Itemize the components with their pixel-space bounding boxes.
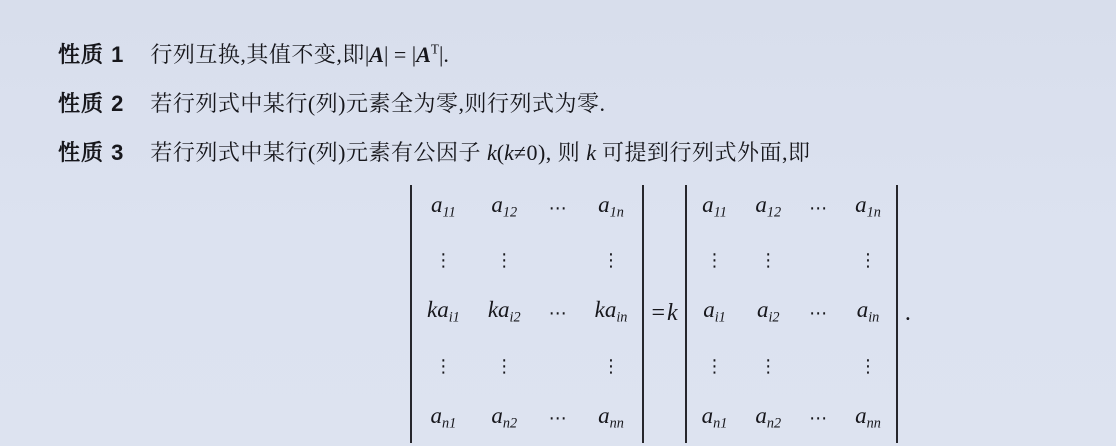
- property-3-text-run-3: 可提到行列式外面,即: [596, 140, 811, 165]
- entry-sub: i2: [768, 310, 779, 326]
- det-cell: a1n: [855, 192, 881, 225]
- property-3-text: 若行列式中某行(列)元素有公因子 k(k≠0), 则 k 可提到行列式外面,即: [150, 136, 810, 167]
- property-1-formula: |A| = |AT|.: [365, 42, 449, 67]
- entry-sub: 1n: [610, 204, 624, 220]
- property-1: 性质 1 行列互换,其值不变,即|A| = |AT|.: [58, 38, 1116, 66]
- entry-sub: i2: [510, 310, 521, 326]
- vdots-icon: ⋮: [602, 248, 620, 274]
- entry-var: a: [702, 192, 714, 217]
- entry-sub: in: [616, 310, 627, 326]
- entry-sub: n1: [442, 415, 456, 431]
- property-1-text: 行列互换,其值不变,即|A| = |AT|.: [150, 38, 448, 69]
- abs-close-period: |.: [439, 42, 449, 67]
- det-cell: kain: [595, 297, 628, 330]
- entry-sub: nn: [610, 415, 624, 431]
- entry-var: a: [703, 297, 715, 322]
- entry-var: a: [857, 297, 869, 322]
- hdots-icon: ⋯: [549, 406, 567, 432]
- entry-sub: 11: [443, 204, 456, 220]
- det-cell: an2: [755, 403, 781, 436]
- det-cell: a12: [755, 192, 781, 225]
- property-3-paren-open: (: [497, 140, 504, 165]
- entry-sub: i1: [715, 310, 726, 326]
- matrix-A-symbol: A: [369, 42, 384, 67]
- det-cell: an1: [702, 403, 728, 436]
- property-3: 性质 3 若行列式中某行(列)元素有公因子 k(k≠0), 则 k 可提到行列式…: [58, 136, 1116, 164]
- entry-sub: 12: [503, 204, 517, 220]
- entry-var: a: [431, 192, 443, 217]
- vdots-icon: ⋮: [859, 354, 877, 380]
- vdots-icon: ⋮: [759, 354, 777, 380]
- equals-k-group: =k: [651, 300, 677, 327]
- entry-var: a: [598, 403, 610, 428]
- entry-var: a: [491, 192, 503, 217]
- det-cell: a11: [431, 192, 456, 225]
- vdots-icon: ⋮: [859, 248, 877, 274]
- vdots-icon: ⋮: [706, 248, 724, 274]
- entry-var: a: [491, 403, 503, 428]
- entry-var: a: [702, 403, 714, 428]
- property-1-text-run: 行列互换,其值不变,即: [150, 42, 365, 67]
- entry-sub: n2: [767, 415, 781, 431]
- entry-var: a: [855, 403, 867, 428]
- determinant-right: a11 a12 ⋯ a1n ⋮ ⋮ ⋮ ai1 ai2 ⋯ ain ⋮ ⋮ ⋮ …: [685, 185, 898, 443]
- factor-k-symbol: k: [667, 300, 678, 326]
- factor-k-symbol: k: [487, 140, 497, 165]
- det-cell: a1n: [598, 192, 624, 225]
- entry-var: a: [855, 192, 867, 217]
- vdots-icon: ⋮: [434, 248, 452, 274]
- entry-var: a: [755, 403, 767, 428]
- entry-sub: n1: [713, 415, 727, 431]
- abs-close-equals-open: | = |: [384, 42, 416, 67]
- equals-sign: =: [651, 300, 665, 326]
- entry-sub: 12: [767, 204, 781, 220]
- entry-var: ka: [427, 297, 449, 322]
- entry-var: ka: [488, 297, 510, 322]
- property-2-label: 性质 2: [58, 87, 124, 118]
- matrix-A-transpose-symbol: A: [416, 42, 431, 67]
- det-cell: kai1: [427, 297, 460, 330]
- determinant-equation: a11 a12 ⋯ a1n ⋮ ⋮ ⋮ kai1 kai2 ⋯ kain ⋮ ⋮…: [410, 185, 911, 443]
- property-3-text-run-1: 若行列式中某行(列)元素有公因子: [150, 140, 487, 165]
- property-1-label: 性质 1: [58, 38, 124, 69]
- property-2-text: 若行列式中某行(列)元素全为零,则行列式为零.: [150, 87, 605, 118]
- entry-sub: i1: [449, 310, 460, 326]
- det-cell: an1: [431, 403, 457, 436]
- vdots-icon: ⋮: [434, 354, 452, 380]
- factor-k-symbol: k: [586, 140, 596, 165]
- det-cell: ai1: [703, 297, 726, 330]
- property-3-text-run-2: ≠0), 则: [514, 140, 586, 165]
- textbook-page: 性质 1 行列互换,其值不变,即|A| = |AT|. 性质 2 若行列式中某行…: [0, 0, 1116, 446]
- vdots-icon: ⋮: [495, 248, 513, 274]
- entry-var: a: [757, 297, 769, 322]
- det-cell: a11: [702, 192, 727, 225]
- det-cell: ain: [857, 297, 880, 330]
- equation-period: .: [905, 300, 911, 327]
- entry-var: a: [598, 192, 610, 217]
- hdots-icon: ⋯: [809, 196, 827, 222]
- transpose-superscript: T: [431, 42, 439, 57]
- entry-var: ka: [595, 297, 617, 322]
- entry-sub: nn: [867, 415, 881, 431]
- hdots-icon: ⋯: [549, 196, 567, 222]
- entry-sub: in: [868, 310, 879, 326]
- hdots-icon: ⋯: [809, 301, 827, 327]
- entry-sub: 1n: [867, 204, 881, 220]
- property-3-label: 性质 3: [58, 136, 124, 167]
- vdots-icon: ⋮: [602, 354, 620, 380]
- factor-k-symbol: k: [504, 140, 514, 165]
- det-cell: ann: [598, 403, 624, 436]
- det-cell: ai2: [757, 297, 780, 330]
- property-2: 性质 2 若行列式中某行(列)元素全为零,则行列式为零.: [58, 87, 1116, 115]
- vdots-icon: ⋮: [706, 354, 724, 380]
- vdots-icon: ⋮: [759, 248, 777, 274]
- vdots-icon: ⋮: [495, 354, 513, 380]
- determinant-left: a11 a12 ⋯ a1n ⋮ ⋮ ⋮ kai1 kai2 ⋯ kain ⋮ ⋮…: [410, 185, 644, 443]
- det-cell: ann: [855, 403, 881, 436]
- det-cell: a12: [491, 192, 517, 225]
- det-cell: an2: [491, 403, 517, 436]
- entry-sub: 11: [714, 204, 727, 220]
- det-cell: kai2: [488, 297, 521, 330]
- hdots-icon: ⋯: [549, 301, 567, 327]
- entry-var: a: [431, 403, 443, 428]
- entry-sub: n2: [503, 415, 517, 431]
- hdots-icon: ⋯: [809, 406, 827, 432]
- entry-var: a: [755, 192, 767, 217]
